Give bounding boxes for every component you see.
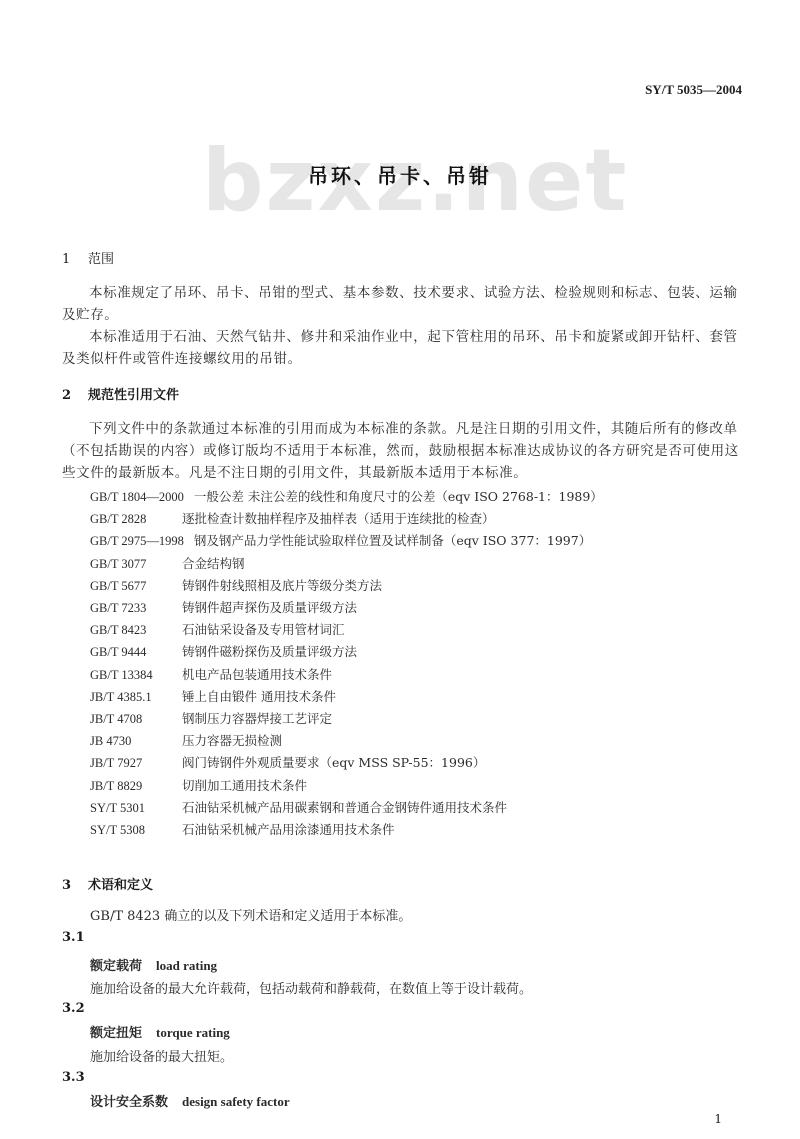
term-number: 3.2 xyxy=(62,1001,85,1016)
reference-item: JB/T 4385.1锤上自由锻件 通用技术条件 xyxy=(90,686,603,708)
reference-code: GB/T 7233 xyxy=(90,597,172,619)
term-number: 3.3 xyxy=(62,1070,85,1085)
normative-refs-intro: 下列文件中的条款通过本标准的引用而成为本标准的条款。凡是注日期的引用文件，其随后… xyxy=(62,418,744,484)
standard-code: SY/T 5035—2004 xyxy=(645,82,742,98)
term-definition: 施加给设备的最大扭矩。 xyxy=(90,1046,233,1065)
term-cn: 额定扭矩 xyxy=(90,1026,142,1041)
scope-paragraph-1: 本标准规定了吊环、吊卡、吊钳的型式、基本参数、技术要求、试验方法、检验规则和标志… xyxy=(62,282,744,326)
term-cn: 额定载荷 xyxy=(90,959,142,974)
reference-title: 铸钢件超声探伤及质量评级方法 xyxy=(182,600,357,615)
reference-title: 石油钻采机械产品用碳素钢和普通合金钢铸件通用技术条件 xyxy=(182,800,507,815)
reference-code: JB 4730 xyxy=(90,730,172,752)
reference-code: GB/T 5677 xyxy=(90,575,172,597)
reference-item: GB/T 2975—1998钢及钢产品力学性能试验取样位置及试样制备（eqv I… xyxy=(90,530,603,552)
term-en: load rating xyxy=(156,958,217,973)
term-heading: 设计安全系数design safety factor xyxy=(90,1091,290,1110)
reference-title: 石油钻采机械产品用涂漆通用技术条件 xyxy=(182,822,395,837)
term-en: design safety factor xyxy=(182,1094,290,1109)
reference-item: JB/T 8829切削加工通用技术条件 xyxy=(90,775,603,797)
reference-title: 机电产品包装通用技术条件 xyxy=(182,667,332,682)
reference-item: GB/T 8423石油钻采设备及专用管材词汇 xyxy=(90,619,603,641)
term-heading: 额定载荷load rating xyxy=(90,955,217,974)
document-title: 吊环、吊卡、吊钳 xyxy=(0,160,800,189)
reference-item: GB/T 1804—2000一般公差 未注公差的线性和角度尺寸的公差（eqv I… xyxy=(90,486,603,508)
reference-code: JB/T 8829 xyxy=(90,775,172,797)
term-en: torque rating xyxy=(156,1025,230,1040)
reference-title: 逐批检查计数抽样程序及抽样表（适用于连续批的检查） xyxy=(182,511,495,526)
scope-paragraph-2: 本标准适用于石油、天然气钻井、修井和采油作业中，起下管柱用的吊环、吊卡和旋紧或卸… xyxy=(62,326,744,370)
section-heading-normative-refs: 2规范性引用文件 xyxy=(62,384,179,403)
reference-item: JB/T 4708钢制压力容器焊接工艺评定 xyxy=(90,708,603,730)
reference-title: 铸钢件射线照相及底片等级分类方法 xyxy=(182,578,382,593)
reference-code: JB/T 4708 xyxy=(90,708,172,730)
term-number: 3.1 xyxy=(62,930,85,945)
reference-code: JB/T 4385.1 xyxy=(90,686,172,708)
reference-item: JB/T 7927阀门铸钢件外观质量要求（eqv MSS SP-55：1996） xyxy=(90,752,603,774)
reference-item: GB/T 9444铸钢件磁粉探伤及质量评级方法 xyxy=(90,641,603,663)
reference-item: GB/T 7233铸钢件超声探伤及质量评级方法 xyxy=(90,597,603,619)
reference-title: 石油钻采设备及专用管材词汇 xyxy=(182,622,345,637)
reference-item: JB 4730压力容器无损检测 xyxy=(90,730,603,752)
reference-title: 合金结构钢 xyxy=(182,556,245,571)
reference-item: GB/T 13384机电产品包装通用技术条件 xyxy=(90,664,603,686)
reference-title: 钢及钢产品力学性能试验取样位置及试样制备（eqv ISO 377：1997） xyxy=(194,533,591,548)
reference-title: 压力容器无损检测 xyxy=(182,733,282,748)
reference-code: GB/T 13384 xyxy=(90,664,172,686)
term-heading: 额定扭矩torque rating xyxy=(90,1022,230,1041)
reference-code: SY/T 5308 xyxy=(90,819,172,841)
reference-item: SY/T 5308石油钻采机械产品用涂漆通用技术条件 xyxy=(90,819,603,841)
reference-code: SY/T 5301 xyxy=(90,797,172,819)
reference-item: GB/T 3077合金结构钢 xyxy=(90,553,603,575)
reference-code: GB/T 1804—2000 xyxy=(90,486,184,508)
reference-code: JB/T 7927 xyxy=(90,752,172,774)
reference-item: GB/T 2828逐批检查计数抽样程序及抽样表（适用于连续批的检查） xyxy=(90,508,603,530)
section-number: 2 xyxy=(62,388,88,403)
term-cn: 设计安全系数 xyxy=(90,1095,168,1110)
reference-list: GB/T 1804—2000一般公差 未注公差的线性和角度尺寸的公差（eqv I… xyxy=(90,486,603,841)
reference-title: 钢制压力容器焊接工艺评定 xyxy=(182,711,332,726)
reference-item: GB/T 5677铸钢件射线照相及底片等级分类方法 xyxy=(90,575,603,597)
reference-code: GB/T 3077 xyxy=(90,553,172,575)
reference-code: GB/T 2975—1998 xyxy=(90,530,184,552)
reference-code: GB/T 9444 xyxy=(90,641,172,663)
section-title: 规范性引用文件 xyxy=(88,388,179,403)
term-definition: 施加给设备的最大允许载荷，包括动载荷和静载荷，在数值上等于设计载荷。 xyxy=(90,978,532,997)
page-number: 1 xyxy=(714,1112,722,1126)
reference-code: GB/T 8423 xyxy=(90,619,172,641)
section-title: 术语和定义 xyxy=(88,878,153,893)
reference-title: 一般公差 未注公差的线性和角度尺寸的公差（eqv ISO 2768-1：1989… xyxy=(194,489,603,504)
section-title: 范围 xyxy=(88,252,114,267)
reference-title: 铸钢件磁粉探伤及质量评级方法 xyxy=(182,644,357,659)
terms-intro: GB/T 8423 确立的以及下列术语和定义适用于本标准。 xyxy=(90,905,411,924)
section-number: 3 xyxy=(62,878,88,893)
reference-code: GB/T 2828 xyxy=(90,508,172,530)
reference-title: 阀门铸钢件外观质量要求（eqv MSS SP-55：1996） xyxy=(182,755,485,770)
section-number: 1 xyxy=(62,252,88,267)
section-heading-scope: 1范围 xyxy=(62,248,114,267)
reference-title: 切削加工通用技术条件 xyxy=(182,778,307,793)
reference-title: 锤上自由锻件 通用技术条件 xyxy=(182,689,336,704)
reference-item: SY/T 5301石油钻采机械产品用碳素钢和普通合金钢铸件通用技术条件 xyxy=(90,797,603,819)
section-heading-terms: 3术语和定义 xyxy=(62,874,153,893)
